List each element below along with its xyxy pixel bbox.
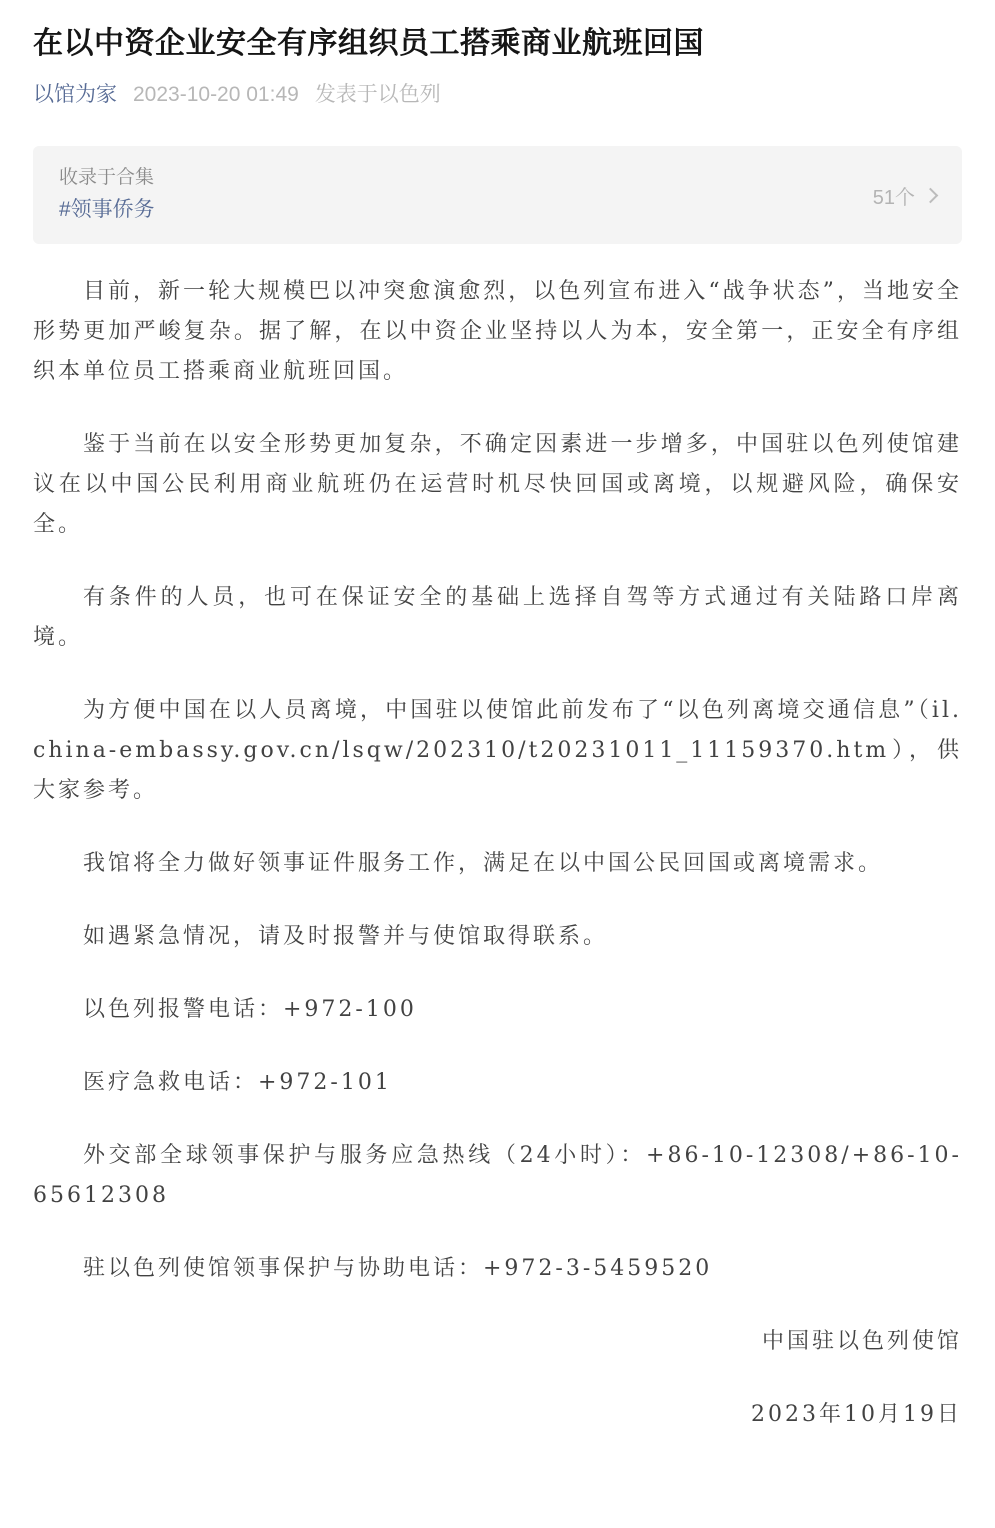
- article-paragraph: 鉴于当前在以安全形势更加复杂，不确定因素进一步增多，中国驻以色列使馆建议在以中国…: [33, 425, 962, 545]
- publish-time: 2023-10-20 01:49: [133, 82, 299, 108]
- article-paragraph: 我馆将全力做好领事证件服务工作，满足在以中国公民回国或离境需求。: [33, 844, 962, 884]
- collection-info: 收录于合集 #领事侨务: [59, 164, 155, 226]
- article-meta: 以馆为家 2023-10-20 01:49 发表于以色列: [33, 82, 962, 108]
- chevron-right-icon: [923, 187, 939, 203]
- collection-card[interactable]: 收录于合集 #领事侨务 51个: [33, 146, 962, 244]
- article-paragraph: 以色列报警电话：+972-100: [33, 990, 962, 1030]
- article-body: 目前，新一轮大规模巴以冲突愈演愈烈，以色列宣布进入“战争状态”，当地安全形势更加…: [33, 272, 962, 1435]
- collection-label: 收录于合集: [59, 164, 155, 192]
- article-paragraph: 为方便中国在以人员离境，中国驻以使馆此前发布了“以色列离境交通信息”（il.ch…: [33, 691, 962, 811]
- collection-count: 51个: [873, 181, 915, 210]
- article-paragraph: 目前，新一轮大规模巴以冲突愈演愈烈，以色列宣布进入“战争状态”，当地安全形势更加…: [33, 272, 962, 392]
- collection-tag-link[interactable]: #领事侨务: [59, 194, 155, 226]
- article-title: 在以中资企业安全有序组织员工搭乘商业航班回国: [33, 22, 962, 66]
- date-line: 2023年10月19日: [33, 1395, 962, 1435]
- account-name-link[interactable]: 以馆为家: [33, 82, 117, 108]
- collection-count-area[interactable]: 51个: [873, 181, 936, 210]
- article-page: 在以中资企业安全有序组织员工搭乘商业航班回国 以馆为家 2023-10-20 0…: [0, 0, 995, 1528]
- article-paragraph: 驻以色列使馆领事保护与协助电话：+972-3-5459520: [33, 1249, 962, 1289]
- publish-location: 发表于以色列: [315, 82, 441, 108]
- article-paragraph: 如遇紧急情况，请及时报警并与使馆取得联系。: [33, 917, 962, 957]
- article-paragraph: 医疗急救电话：+972-101: [33, 1063, 962, 1103]
- article-paragraph: 有条件的人员，也可在保证安全的基础上选择自驾等方式通过有关陆路口岸离境。: [33, 578, 962, 658]
- signature-line: 中国驻以色列使馆: [33, 1322, 962, 1362]
- article-paragraph: 外交部全球领事保护与服务应急热线（24小时）：+86-10-12308/+86-…: [33, 1136, 962, 1216]
